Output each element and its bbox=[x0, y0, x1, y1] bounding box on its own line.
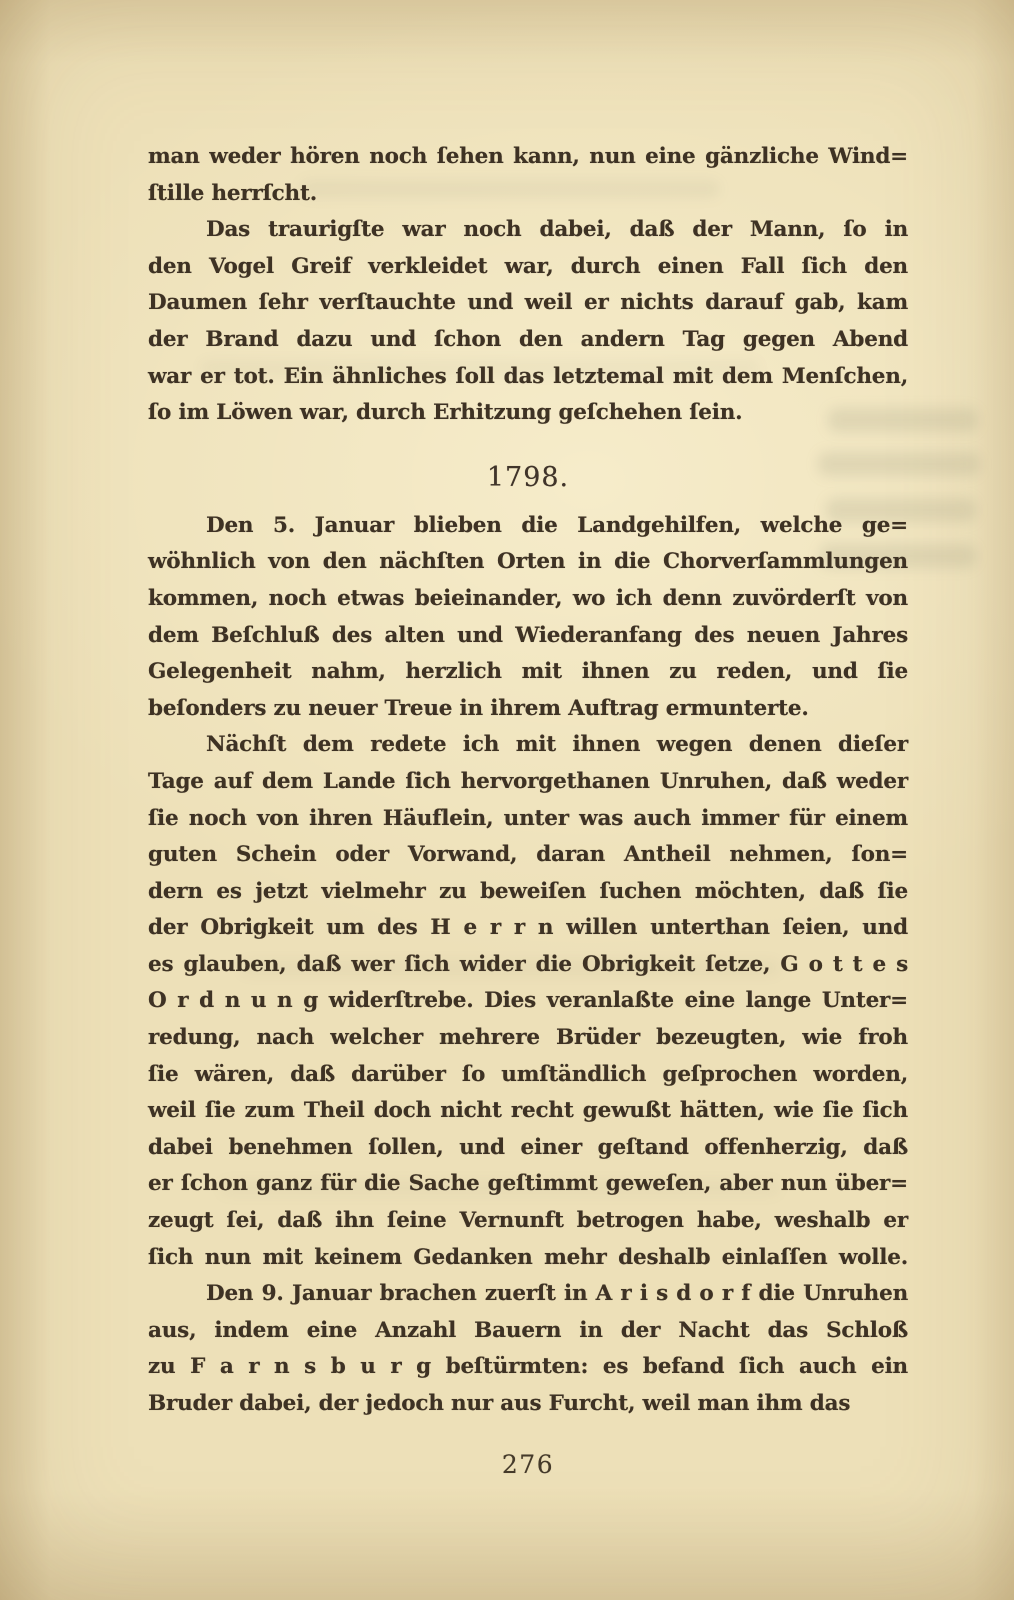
year-heading: 1798. bbox=[148, 456, 908, 500]
text-line: Daumen ſehr verſtauchte und weil er nich… bbox=[148, 285, 908, 322]
text-line: war er tot. Ein ähnliches ſoll das letzt… bbox=[148, 359, 908, 396]
text-line: Gelegenheit nahm, herzlich mit ihnen zu … bbox=[148, 654, 908, 691]
text-line: O r d n u n g widerſtrebe. Dies veranlaß… bbox=[148, 983, 908, 1020]
text-line: weil ſie zum Theil doch nicht recht gewu… bbox=[148, 1093, 908, 1130]
text-line: Den 5. Januar blieben die Landgehilfen, … bbox=[148, 508, 908, 545]
paragraph: Das traurigſte war noch dabei, daß der M… bbox=[148, 212, 908, 432]
text-line: wöhnlich von den nächſten Orten in die C… bbox=[148, 544, 908, 581]
text-line: guten Schein oder Vorwand, daran Antheil… bbox=[148, 837, 908, 874]
text-line: Bruder dabei, der jedoch nur aus Furcht,… bbox=[148, 1386, 908, 1423]
text-line: zu F a r n s b u r g beſtürmten: es befa… bbox=[148, 1349, 908, 1386]
text-line: ſo im Löwen war, durch Erhitzung geſcheh… bbox=[148, 395, 908, 432]
text-line: dern es jetzt vielmehr zu beweiſen ſuche… bbox=[148, 874, 908, 911]
text-line: ſtille herrſcht. bbox=[148, 176, 908, 213]
paragraph: man weder hören noch ſehen kann, nun ein… bbox=[148, 139, 908, 212]
text-line: beſonders zu neuer Treue in ihrem Auftra… bbox=[148, 691, 908, 728]
text-line: man weder hören noch ſehen kann, nun ein… bbox=[148, 139, 908, 176]
text-line: ſie wären, daß darüber ſo umſtändlich ge… bbox=[148, 1057, 908, 1094]
text-line: den Vogel Greif verkleidet war, durch ei… bbox=[148, 249, 908, 286]
text-line: ſich nun mit keinem Gedanken mehr deshal… bbox=[148, 1240, 908, 1277]
paragraph: Nächſt dem redete ich mit ihnen wegen de… bbox=[148, 727, 908, 1276]
text-line: dem Beſchluß des alten und Wiederanfang … bbox=[148, 618, 908, 655]
text-line: Tage auf dem Lande ſich hervorgethanen U… bbox=[148, 764, 908, 801]
paragraph: Den 9. Januar brachen zuerſt in A r i s … bbox=[148, 1276, 908, 1422]
text-line: Den 9. Januar brachen zuerſt in A r i s … bbox=[148, 1276, 908, 1313]
text-line: kommen, noch etwas beieinander, wo ich d… bbox=[148, 581, 908, 618]
paragraph: Den 5. Januar blieben die Landgehilfen, … bbox=[148, 508, 908, 728]
page-number: 276 bbox=[148, 1450, 908, 1479]
text-line: der Brand dazu und ſchon den andern Tag … bbox=[148, 322, 908, 359]
text-line: der Obrigkeit um des H e r r n willen un… bbox=[148, 910, 908, 947]
text-line: aus, indem eine Anzahl Bauern in der Nac… bbox=[148, 1313, 908, 1350]
text-line: es glauben, daß wer ſich wider die Obrig… bbox=[148, 947, 908, 984]
text-line: Das traurigſte war noch dabei, daß der M… bbox=[148, 212, 908, 249]
text-block: man weder hören noch ſehen kann, nun ein… bbox=[148, 139, 908, 1423]
text-line: redung, nach welcher mehrere Brüder beze… bbox=[148, 1020, 908, 1057]
scanned-book-page: man weder hören noch ſehen kann, nun ein… bbox=[0, 0, 1014, 1600]
text-line: dabei benehmen ſollen, und einer geſtand… bbox=[148, 1130, 908, 1167]
text-line: Nächſt dem redete ich mit ihnen wegen de… bbox=[148, 727, 908, 764]
text-line: ſie noch von ihren Häuflein, unter was a… bbox=[148, 801, 908, 838]
text-line: zeugt ſei, daß ihn ſeine Vernunft betrog… bbox=[148, 1203, 908, 1240]
text-line: er ſchon ganz für die Sache geſtimmt gew… bbox=[148, 1166, 908, 1203]
